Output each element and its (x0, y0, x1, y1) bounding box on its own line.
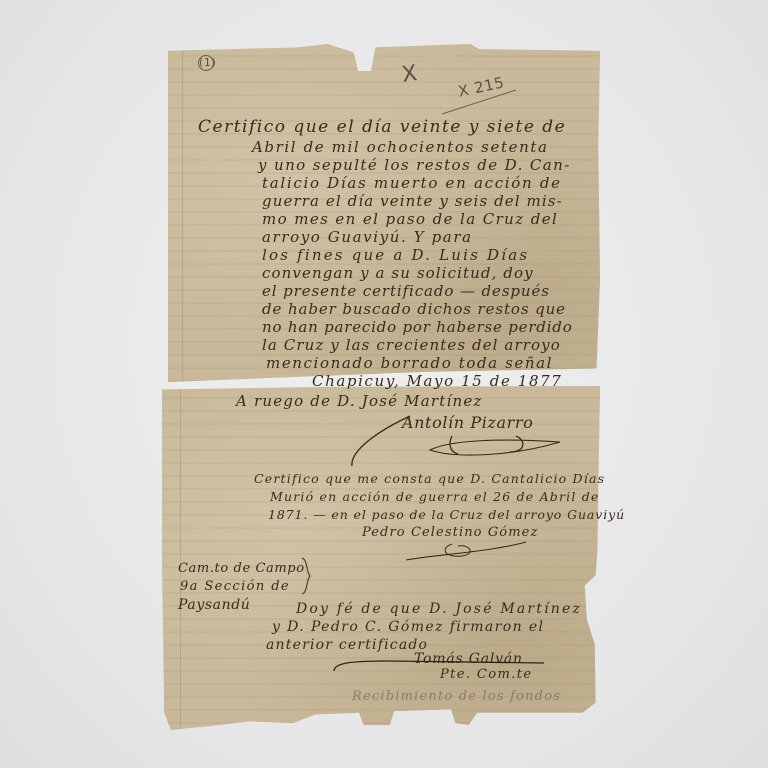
signature-rubric-2 (400, 534, 540, 564)
cert1-line-11: de haber buscado dichos restos que (262, 300, 566, 318)
margin-note-brace (300, 556, 314, 596)
cert1-line-8: los fines que a D. Luis Días (262, 246, 529, 264)
cert1-line-3: y uno sepulté los restos de D. Can- (258, 156, 571, 174)
pencil-underline (440, 88, 520, 118)
cert1-line-14: mencionado borrado toda señal (266, 354, 553, 372)
cert1-line-13: la Cruz y las crecientes del arroyo (262, 336, 561, 354)
cert1-line-6: mo mes en el paso de la Cruz del (262, 210, 558, 228)
cert1-place-date: Chapicuy, Mayo 15 de 1877 (312, 372, 562, 390)
attestation-line-1: Doy fé de que D. José Martínez (296, 600, 582, 618)
cert2-line-2: Murió en acción de guerra el 26 de Abril… (270, 488, 600, 506)
cert1-line-1: Certifico que el día veinte y siete de (198, 118, 566, 136)
cert1-line-9: convengan y a su solicitud, doy (262, 264, 534, 282)
cert1-line-12: no han parecido por haberse perdido (262, 318, 573, 336)
attestation-line-3: anterior certificado (266, 636, 428, 654)
cert1-line-5: guerra el día veinte y seis del mis- (262, 192, 563, 210)
cert1-line-7: arroyo Guaviyú. Y para (262, 228, 473, 246)
cert1-witness-line: A ruego de D. José Martínez (236, 392, 483, 410)
signature-rubric-1 (340, 410, 570, 470)
cert1-line-2: Abril de mil ochocientos setenta (252, 138, 549, 156)
attestation-title: Pte. Com.te (440, 666, 532, 684)
faint-stamp-text: Recibimiento de los fondos (352, 688, 561, 706)
cert1-line-4: talicio Días muerto en acción de (262, 174, 562, 192)
margin-note-line-3: Paysandú (178, 596, 250, 614)
page-number-annotation: (1) (198, 55, 214, 71)
cert2-line-1: Certifico que me consta que D. Cantalici… (254, 470, 605, 488)
attestation-line-2: y D. Pedro C. Gómez firmaron el (272, 618, 544, 636)
cert2-line-3: 1871. — en el paso de la Cruz del arroyo… (268, 506, 625, 524)
margin-rule (182, 44, 183, 382)
margin-note-line-1: Cam.to de Campo (178, 560, 305, 578)
crossed-mark-annotation: X (400, 61, 419, 88)
margin-rule (180, 386, 181, 730)
cert1-line-10: el presente certificado — después (262, 282, 550, 300)
margin-note-line-2: 9a Sección de (180, 578, 290, 596)
